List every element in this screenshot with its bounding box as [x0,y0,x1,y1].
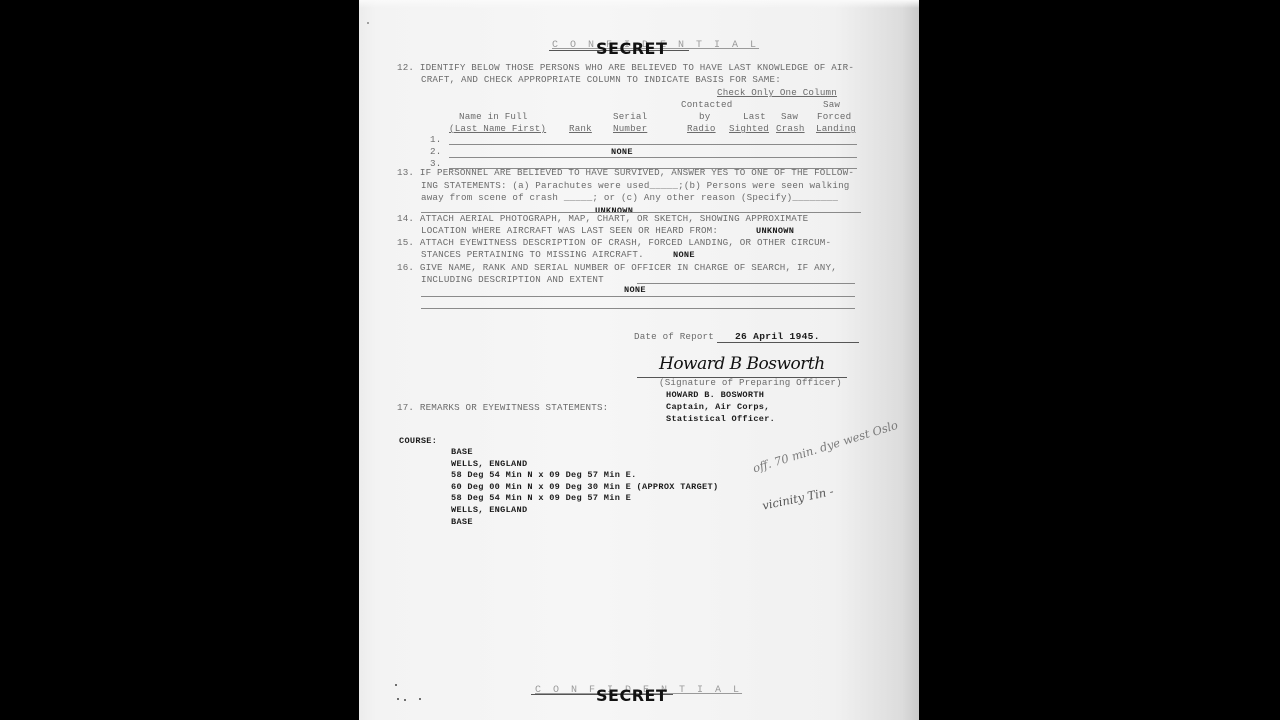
item15-line2: STANCES PERTAINING TO MISSING AIRCRAFT. [421,249,644,261]
row-2-line [449,157,857,158]
row-1-line [449,144,857,145]
speck [404,699,406,701]
row-2-value: NONE [611,147,633,157]
officer-title: Statistical Officer. [666,414,775,424]
course-line: WELLS, ENGLAND [451,505,718,517]
row-2-number: 2. [430,146,441,158]
item12-line2: CRAFT, AND CHECK APPROPRIATE COLUMN TO I… [421,74,781,86]
course-list: BASE WELLS, ENGLAND 58 Deg 54 Min N x 09… [451,447,718,528]
item16-line2: INCLUDING DESCRIPTION AND EXTENT [421,274,604,286]
item17-label: 17. REMARKS OR EYEWITNESS STATEMENTS: [397,402,608,414]
col-last-bottom: Sighted [729,123,769,135]
handwritten-note-line2: vicinity Tin - [761,484,835,513]
signature-caption: (Signature of Preparing Officer) [659,377,842,389]
officer-name: HOWARD B. BOSWORTH [666,390,764,400]
item14-line2: LOCATION WHERE AIRCRAFT WAS LAST SEEN OR… [421,225,718,237]
date-label: Date of Report [634,331,714,343]
item16-line-c [421,308,855,309]
item16-line1: 16. GIVE NAME, RANK AND SERIAL NUMBER OF… [397,262,837,274]
item16-line-b [421,296,855,297]
course-line: 58 Deg 54 Min N x 09 Deg 57 Min E. [451,470,718,482]
speck [397,698,399,700]
check-only-one-note: Check Only One Column [717,87,837,99]
col-name-bottom: (Last Name First) [449,123,546,135]
col-saw-top: Saw [781,111,798,123]
speck [367,22,369,24]
col-last-top: Last [743,111,766,123]
item15-line1: 15. ATTACH EYEWITNESS DESCRIPTION OF CRA… [397,237,831,249]
classification-stamp-top: SECRET [596,39,667,58]
classification-stamp-bottom: SECRET [596,686,667,705]
col-serial-top: Serial [613,111,647,123]
officer-rank: Captain, Air Corps, [666,402,770,412]
item14-answer: UNKNOWN [756,226,794,236]
course-line: BASE [451,517,718,529]
item12-line1: 12. IDENTIFY BELOW THOSE PERSONS WHO ARE… [397,62,854,74]
date-value: 26 April 1945. [735,331,820,342]
col-saw-bottom: Crash [776,123,805,135]
item16-answer: NONE [624,285,646,295]
item13-line1: 13. IF PERSONNEL ARE BELIEVED TO HAVE SU… [397,167,854,179]
item13-line3: away from scene of crash _____; or (c) A… [421,192,838,204]
col-forced-top: Saw [823,99,840,111]
col-name-top: Name in Full [459,111,528,123]
col-contacted-bottom: Radio [687,123,716,135]
col-rank: Rank [569,123,592,135]
speck [395,684,397,686]
handwritten-note-line1: off. 70 min. dye west Oslo [751,418,900,476]
item14-line1: 14. ATTACH AERIAL PHOTOGRAPH, MAP, CHART… [397,213,808,225]
row-1-number: 1. [430,134,441,146]
course-line: BASE [451,447,718,459]
col-forced-bottom: Landing [816,123,856,135]
item13-line2: ING STATEMENTS: (a) Parachutes were used… [421,180,850,192]
item16-line-a [637,283,855,284]
col-serial-bottom: Number [613,123,647,135]
course-line: WELLS, ENGLAND [451,459,718,471]
speck [419,698,421,700]
document-page: C O N F I D E N T I A L SECRET 12. IDENT… [359,0,919,720]
course-line: 60 Deg 00 Min N x 09 Deg 30 Min E (APPRO… [451,482,718,494]
col-contacted-mid: by [699,111,710,123]
col-forced-mid: Forced [817,111,851,123]
col-contacted-top: Contacted [681,99,732,111]
item15-answer: NONE [673,250,695,260]
date-underline [717,342,859,343]
course-line: 58 Deg 54 Min N x 09 Deg 57 Min E [451,493,718,505]
course-label: COURSE: [399,436,437,446]
signature: Howard B Bosworth [659,354,825,374]
